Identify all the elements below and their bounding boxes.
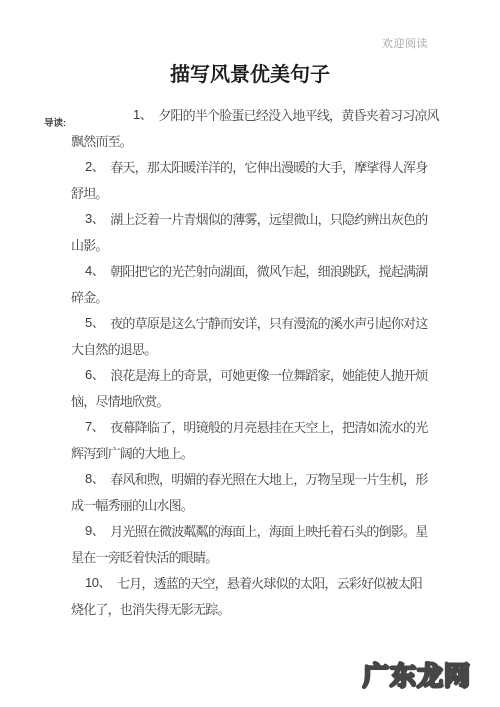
item-text: 浪花是海上的奇景，可她更像一位舞蹈家，她能使人抛开烦 <box>110 368 427 383</box>
sentence-item-8: 8、春风和煦，明媚的春光照在大地上，万物呈现一片生机，形 成一幅秀丽的山水图。 <box>71 467 428 519</box>
item-line: 2、春天，那太阳暖洋洋的，它伸出漫暖的大手，摩挲得人浑身 <box>71 155 428 181</box>
sentence-item-6: 6、浪花是海上的奇景，可她更像一位舞蹈家，她能使人抛开烦 恼，尽情地欣赏。 <box>71 363 428 415</box>
item-line: 4、朝阳把它的光芒射向湖面，微风乍起，细浪跳跃，搅起满湖 <box>71 259 428 285</box>
item-line: 6、浪花是海上的奇景，可她更像一位舞蹈家，她能使人抛开烦 <box>71 363 428 389</box>
item-line: 5、夜的草原是这么宁静而安详，只有漫流的溪水声引起你对这 <box>71 311 428 337</box>
item-line-continued: 成一幅秀丽的山水图。 <box>71 493 428 519</box>
item-line: 7、夜幕降临了，明镜般的月亮悬挂在天空上，把清如流水的光 <box>71 415 428 441</box>
item-text: 春风和煦，明媚的春光照在大地上，万物呈现一片生机，形 <box>110 472 427 487</box>
item-text: 七月，透蓝的天空，悬着火球似的太阳，云彩好似被太阳 <box>117 576 422 591</box>
item-number: 4、 <box>85 258 104 284</box>
item-line: 1、夕阳的半个脸蛋已经没入地平线，黄昏夹着习习凉风 <box>71 103 428 129</box>
sentence-item-5: 5、夜的草原是这么宁静而安详，只有漫流的溪水声引起你对这 大自然的退思。 <box>71 311 428 363</box>
document-page: 欢迎阅读 描写风景优美句子 导读: 1、夕阳的半个脸蛋已经没入地平线，黄昏夹着习… <box>0 0 500 707</box>
item-line-continued: 舒坦。 <box>71 181 428 207</box>
sentence-item-10: 10、七月，透蓝的天空，悬着火球似的太阳，云彩好似被太阳 烧化了，也消失得无影无… <box>71 571 428 623</box>
item-number: 7、 <box>85 414 104 440</box>
item-text: 夜幕降临了，明镜般的月亮悬挂在天空上，把清如流水的光 <box>110 420 427 435</box>
item-text: 朝阳把它的光芒射向湖面，微风乍起，细浪跳跃，搅起满湖 <box>110 264 427 279</box>
item-number: 10、 <box>85 570 111 596</box>
item-line: 9、月光照在微波粼粼的海面上，海面上映托着石头的倒影。星 <box>71 519 428 545</box>
item-line-continued: 飘然而至。 <box>71 129 428 155</box>
lead-label: 导读: <box>44 111 66 137</box>
item-text: 夕阳的半个脸蛋已经没入地平线，黄昏夹着习习凉风 <box>158 108 439 123</box>
item-line-continued: 烧化了，也消失得无影无踪。 <box>71 597 428 623</box>
header-note: 欢迎阅读 <box>382 35 428 51</box>
item-line-continued: 山影。 <box>71 233 428 259</box>
watermark-text: 广东龙网 <box>363 656 471 693</box>
sentence-item-9: 9、月光照在微波粼粼的海面上，海面上映托着石头的倒影。星 星在一旁眨着快活的眼睛… <box>71 519 428 571</box>
item-number: 3、 <box>85 206 104 232</box>
item-text: 夜的草原是这么宁静而安详，只有漫流的溪水声引起你对这 <box>110 316 427 331</box>
item-number: 6、 <box>85 362 104 388</box>
item-line: 3、湖上泛着一片青烟似的薄雾，远望微山，只隐约辨出灰色的 <box>71 207 428 233</box>
item-number: 8、 <box>85 466 104 492</box>
item-line-continued: 大自然的退思。 <box>71 337 428 363</box>
item-line: 10、七月，透蓝的天空，悬着火球似的太阳，云彩好似被太阳 <box>71 571 428 597</box>
sentence-item-7: 7、夜幕降临了，明镜般的月亮悬挂在天空上，把清如流水的光 辉泻到广阔的大地上。 <box>71 415 428 467</box>
sentence-list: 导读: 1、夕阳的半个脸蛋已经没入地平线，黄昏夹着习习凉风 飘然而至。 2、春天… <box>71 103 428 623</box>
item-line-continued: 碎金。 <box>71 285 428 311</box>
item-line-continued: 恼，尽情地欣赏。 <box>71 389 428 415</box>
sentence-item-1: 1、夕阳的半个脸蛋已经没入地平线，黄昏夹着习习凉风 飘然而至。 <box>71 103 428 155</box>
sentence-item-4: 4、朝阳把它的光芒射向湖面，微风乍起，细浪跳跃，搅起满湖 碎金。 <box>71 259 428 311</box>
item-number: 5、 <box>85 310 104 336</box>
item-line-continued: 辉泻到广阔的大地上。 <box>71 441 428 467</box>
item-text: 月光照在微波粼粼的海面上，海面上映托着石头的倒影。星 <box>110 524 427 539</box>
sentence-item-2: 2、春天，那太阳暖洋洋的，它伸出漫暖的大手，摩挲得人浑身 舒坦。 <box>71 155 428 207</box>
page-title: 描写风景优美句子 <box>0 62 500 88</box>
item-number: 1、 <box>133 102 152 128</box>
item-number: 9、 <box>85 518 104 544</box>
item-line: 8、春风和煦，明媚的春光照在大地上，万物呈现一片生机，形 <box>71 467 428 493</box>
item-text: 湖上泛着一片青烟似的薄雾，远望微山，只隐约辨出灰色的 <box>110 212 427 227</box>
item-line-continued: 星在一旁眨着快活的眼睛。 <box>71 545 428 571</box>
item-text: 春天，那太阳暖洋洋的，它伸出漫暖的大手，摩挲得人浑身 <box>110 160 427 175</box>
item-number: 2、 <box>85 154 104 180</box>
sentence-item-3: 3、湖上泛着一片青烟似的薄雾，远望微山，只隐约辨出灰色的 山影。 <box>71 207 428 259</box>
